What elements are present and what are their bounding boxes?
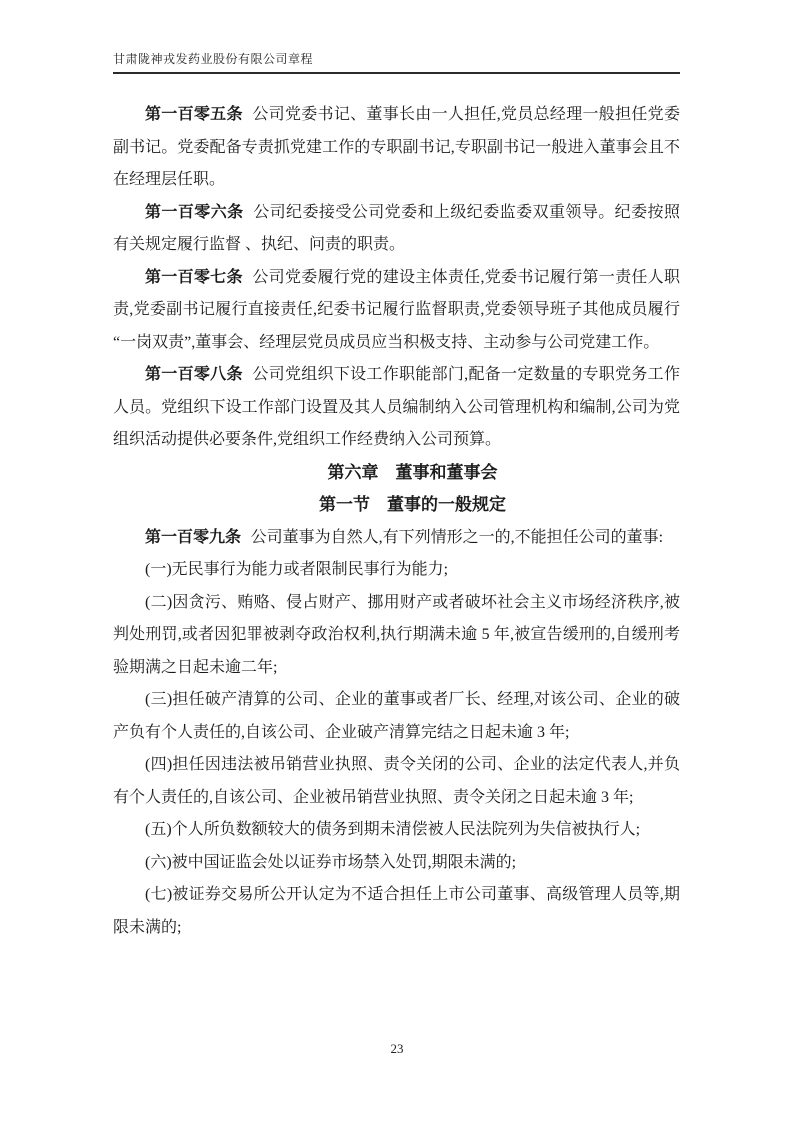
list-item-7: (七)被证券交易所公开认定为不适合担任上市公司董事、高级管理人员等,期限未满的; (113, 879, 680, 944)
article-108-number: 第一百零八条 (145, 366, 252, 383)
chapter-heading: 第六章 董事和董事会 (113, 457, 680, 490)
list-item-1: (一)无民事行为能力或者限制民事行为能力; (113, 554, 680, 587)
header-title: 甘肃陇神戎发药业股份有限公司章程 (113, 50, 680, 67)
article-107-number: 第一百零七条 (145, 269, 252, 286)
article-109-text: 公司董事为自然人,有下列情形之一的,不能担任公司的董事: (251, 529, 663, 546)
article-107: 第一百零七条公司党委履行党的建设主体责任,党委书记履行第一责任人职责,党委副书记… (113, 262, 680, 360)
page-footer: 23 (0, 1040, 794, 1058)
list-item-5: (五)个人所负数额较大的债务到期未清偿被人民法院列为失信被执行人; (113, 814, 680, 847)
article-106-number: 第一百零六条 (145, 204, 253, 221)
list-item-6: (六)被中国证监会处以证券市场禁入处罚,期限未满的; (113, 847, 680, 880)
article-105-number: 第一百零五条 (145, 106, 252, 123)
list-item-2: (二)因贪污、贿赂、侵占财产、挪用财产或者破坏社会主义市场经济秩序,被判处刑罚,… (113, 587, 680, 685)
article-105: 第一百零五条公司党委书记、董事长由一人担任,党员总经理一般担任党委副书记。党委配… (113, 99, 680, 197)
page-number: 23 (391, 1041, 404, 1056)
page-header: 甘肃陇神戎发药业股份有限公司章程 (113, 50, 680, 74)
document-body: 第一百零五条公司党委书记、董事长由一人担任,党员总经理一般担任党委副书记。党委配… (113, 99, 680, 944)
document-page: 甘肃陇神戎发药业股份有限公司章程 第一百零五条公司党委书记、董事长由一人担任,党… (0, 0, 794, 1122)
article-109: 第一百零九条公司董事为自然人,有下列情形之一的,不能担任公司的董事: (113, 522, 680, 555)
article-109-number: 第一百零九条 (145, 529, 251, 546)
list-item-3: (三)担任破产清算的公司、企业的董事或者厂长、经理,对该公司、企业的破产负有个人… (113, 684, 680, 749)
section-heading: 第一节 董事的一般规定 (113, 489, 680, 522)
article-108: 第一百零八条公司党组织下设工作职能部门,配备一定数量的专职党务工作人员。党组织下… (113, 359, 680, 457)
article-106: 第一百零六条公司纪委接受公司党委和上级纪委监委双重领导。纪委按照有关规定履行监督… (113, 197, 680, 262)
list-item-4: (四)担任因违法被吊销营业执照、责令关闭的公司、企业的法定代表人,并负有个人责任… (113, 749, 680, 814)
